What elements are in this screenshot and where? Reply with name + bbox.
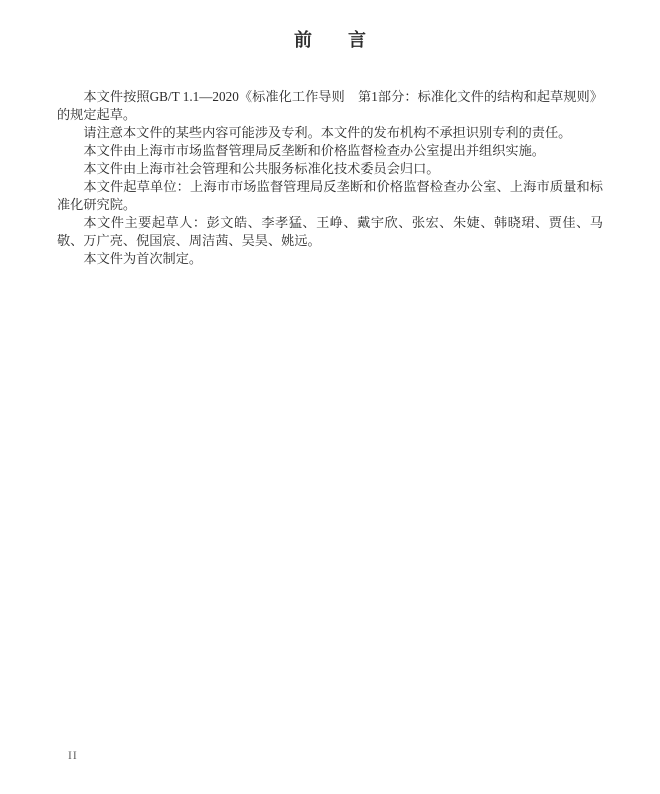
paragraph-patent-notice: 请注意本文件的某些内容可能涉及专利。本文件的发布机构不承担识别专利的责任。 — [57, 124, 603, 142]
paragraph-main-drafters: 本文件主要起草人：彭文皓、李孝猛、王峥、戴宇欣、张宏、朱婕、韩晓珺、贾佳、马敬、… — [57, 214, 603, 250]
paragraph-proposing-body: 本文件由上海市市场监督管理局反垄断和价格监督检查办公室提出并组织实施。 — [57, 142, 603, 160]
page-title: 前 言 — [0, 26, 660, 52]
paragraph-first-edition: 本文件为首次制定。 — [57, 250, 603, 268]
paragraph-basis: 本文件按照GB/T 1.1—2020《标准化工作导则 第1部分：标准化文件的结构… — [57, 88, 603, 124]
paragraph-drafting-organizations: 本文件起草单位：上海市市场监督管理局反垄断和价格监督检查办公室、上海市质量和标准… — [57, 178, 603, 214]
document-page: 前 言 本文件按照GB/T 1.1—2020《标准化工作导则 第1部分：标准化文… — [0, 0, 660, 794]
paragraph-centralized-body: 本文件由上海市社会管理和公共服务标准化技术委员会归口。 — [57, 160, 603, 178]
foreword-body: 本文件按照GB/T 1.1—2020《标准化工作导则 第1部分：标准化文件的结构… — [57, 88, 603, 268]
page-number: II — [68, 750, 78, 762]
